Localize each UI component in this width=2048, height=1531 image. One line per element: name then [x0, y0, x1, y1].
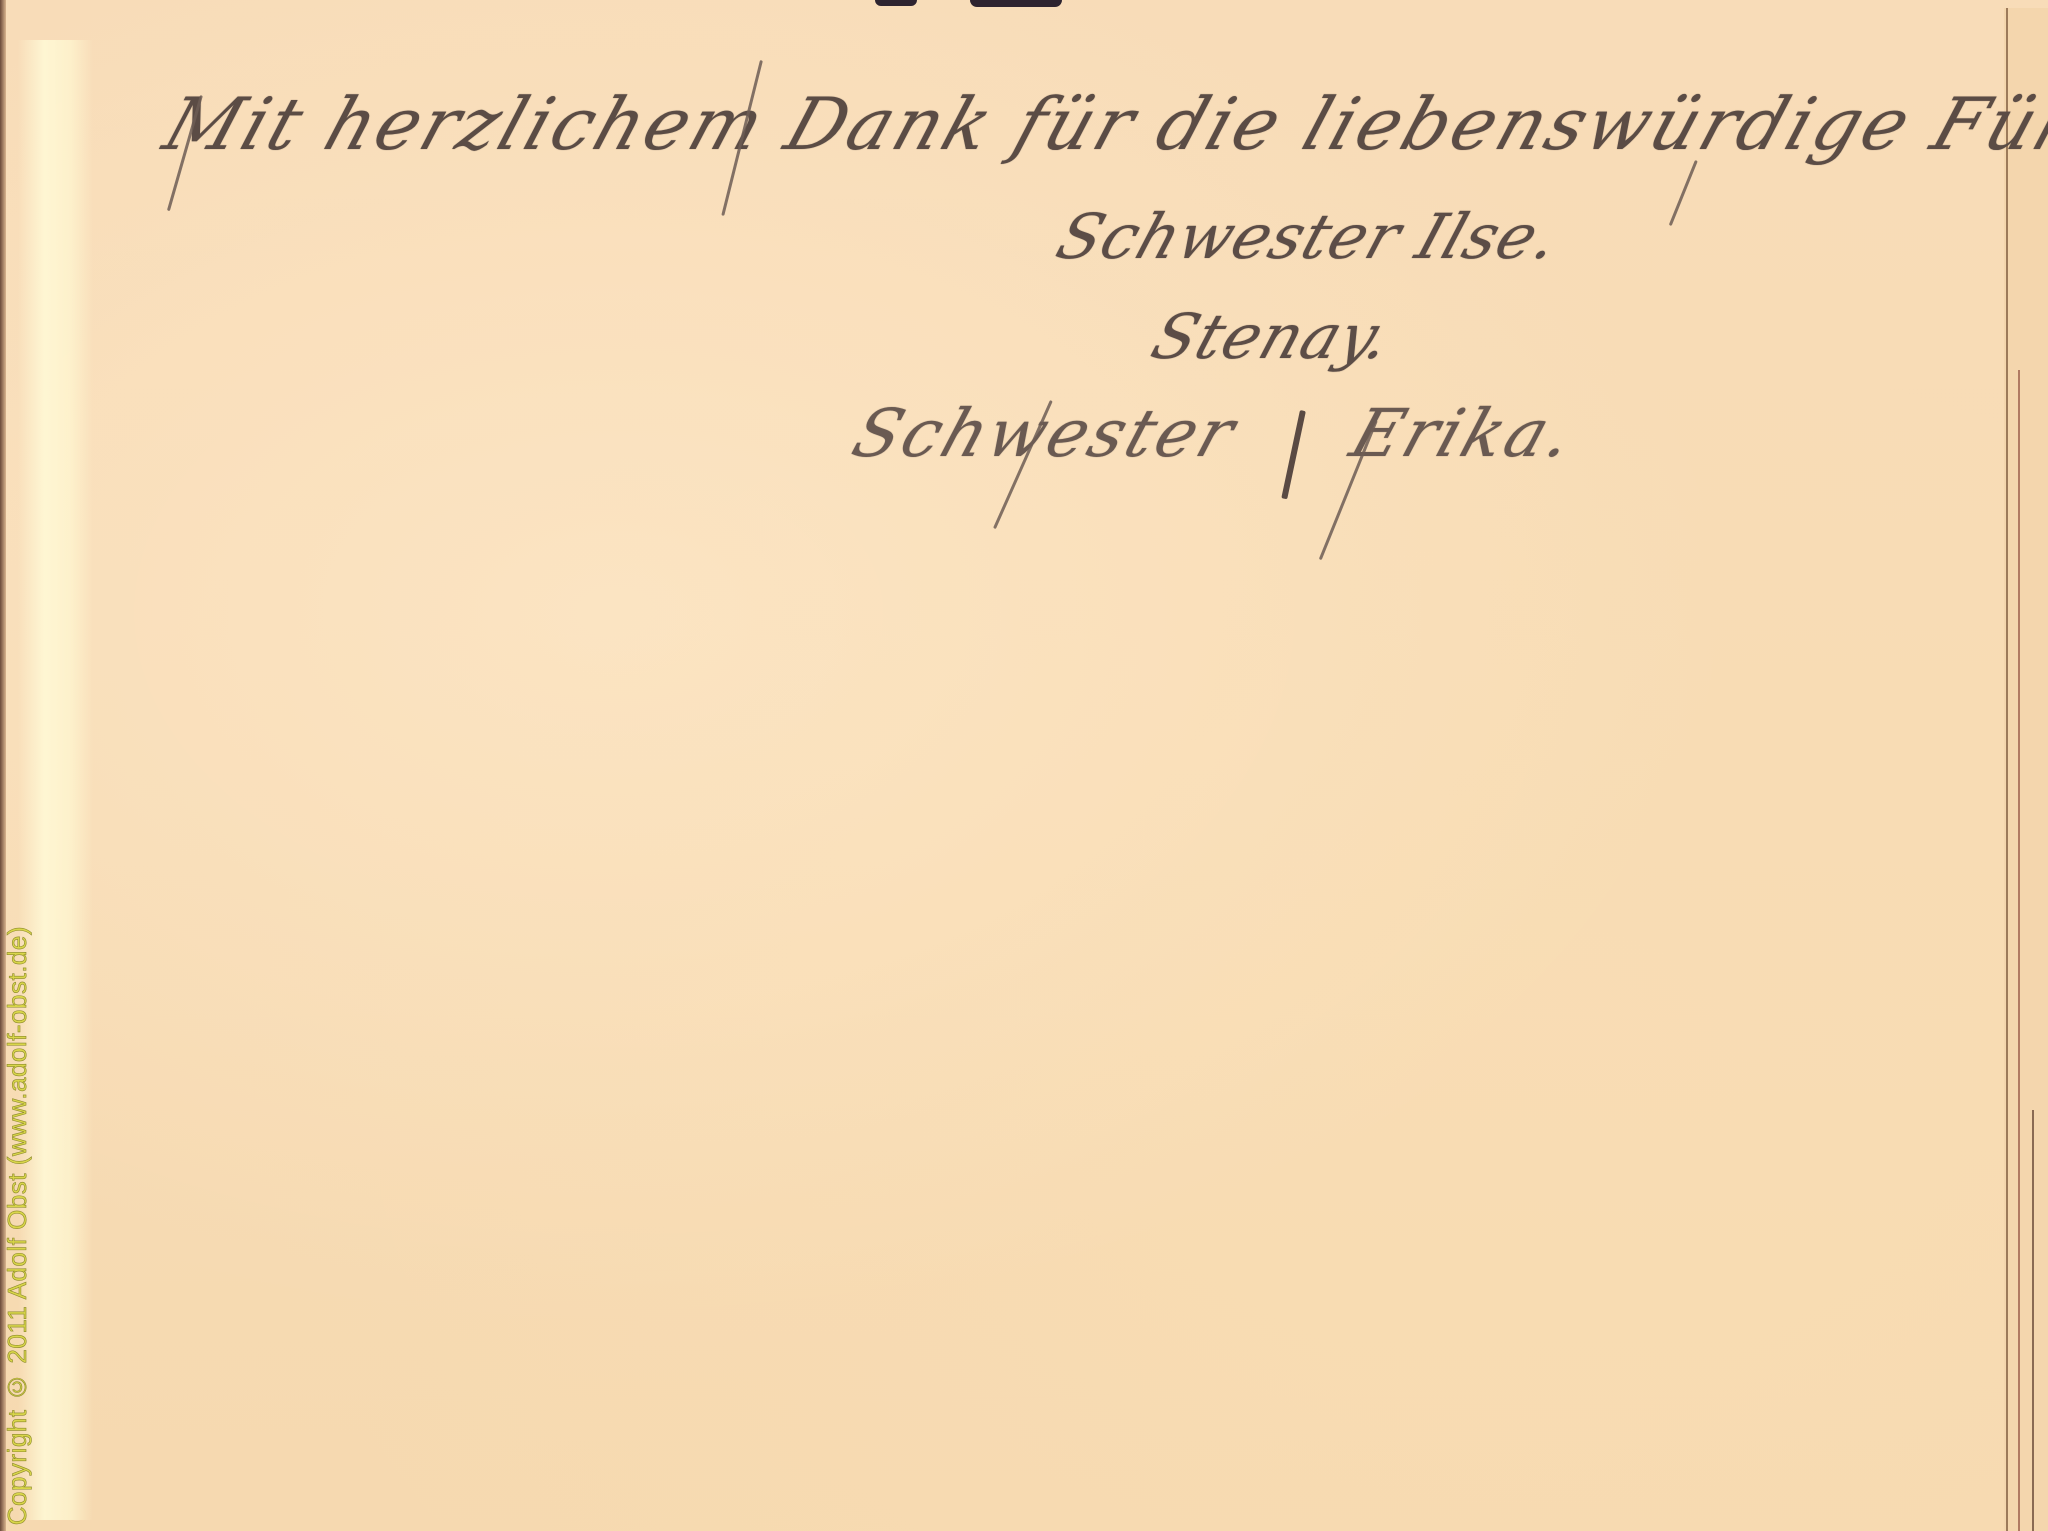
signature-erika-name: Erika.: [1342, 395, 1586, 472]
ink-stroke: [1669, 160, 1698, 226]
page-edge-line: [2032, 1110, 2034, 1531]
page-edge-line: [2018, 370, 2020, 1531]
page-stack-edge: [2004, 8, 2048, 1531]
signature-ilse: Schwester Ilse.: [1048, 200, 1569, 273]
place-stenay: Stenay.: [1143, 300, 1401, 373]
top-binding-mark: [970, 0, 1062, 7]
top-binding-mark: [875, 0, 917, 6]
album-page: Mit herzlichem Dank für die liebenswürdi…: [0, 0, 2048, 1531]
copyright-watermark: Copyright © 2011 Adolf Obst (www.adolf-o…: [2, 926, 33, 1525]
signature-erika-title: Schwester: [843, 395, 1246, 472]
signature-erika: SchwesterErika.: [843, 395, 1585, 472]
page-edge-line: [2006, 8, 2008, 1531]
thank-you-line: Mit herzlichem Dank für die liebenswürdi…: [154, 82, 2048, 166]
